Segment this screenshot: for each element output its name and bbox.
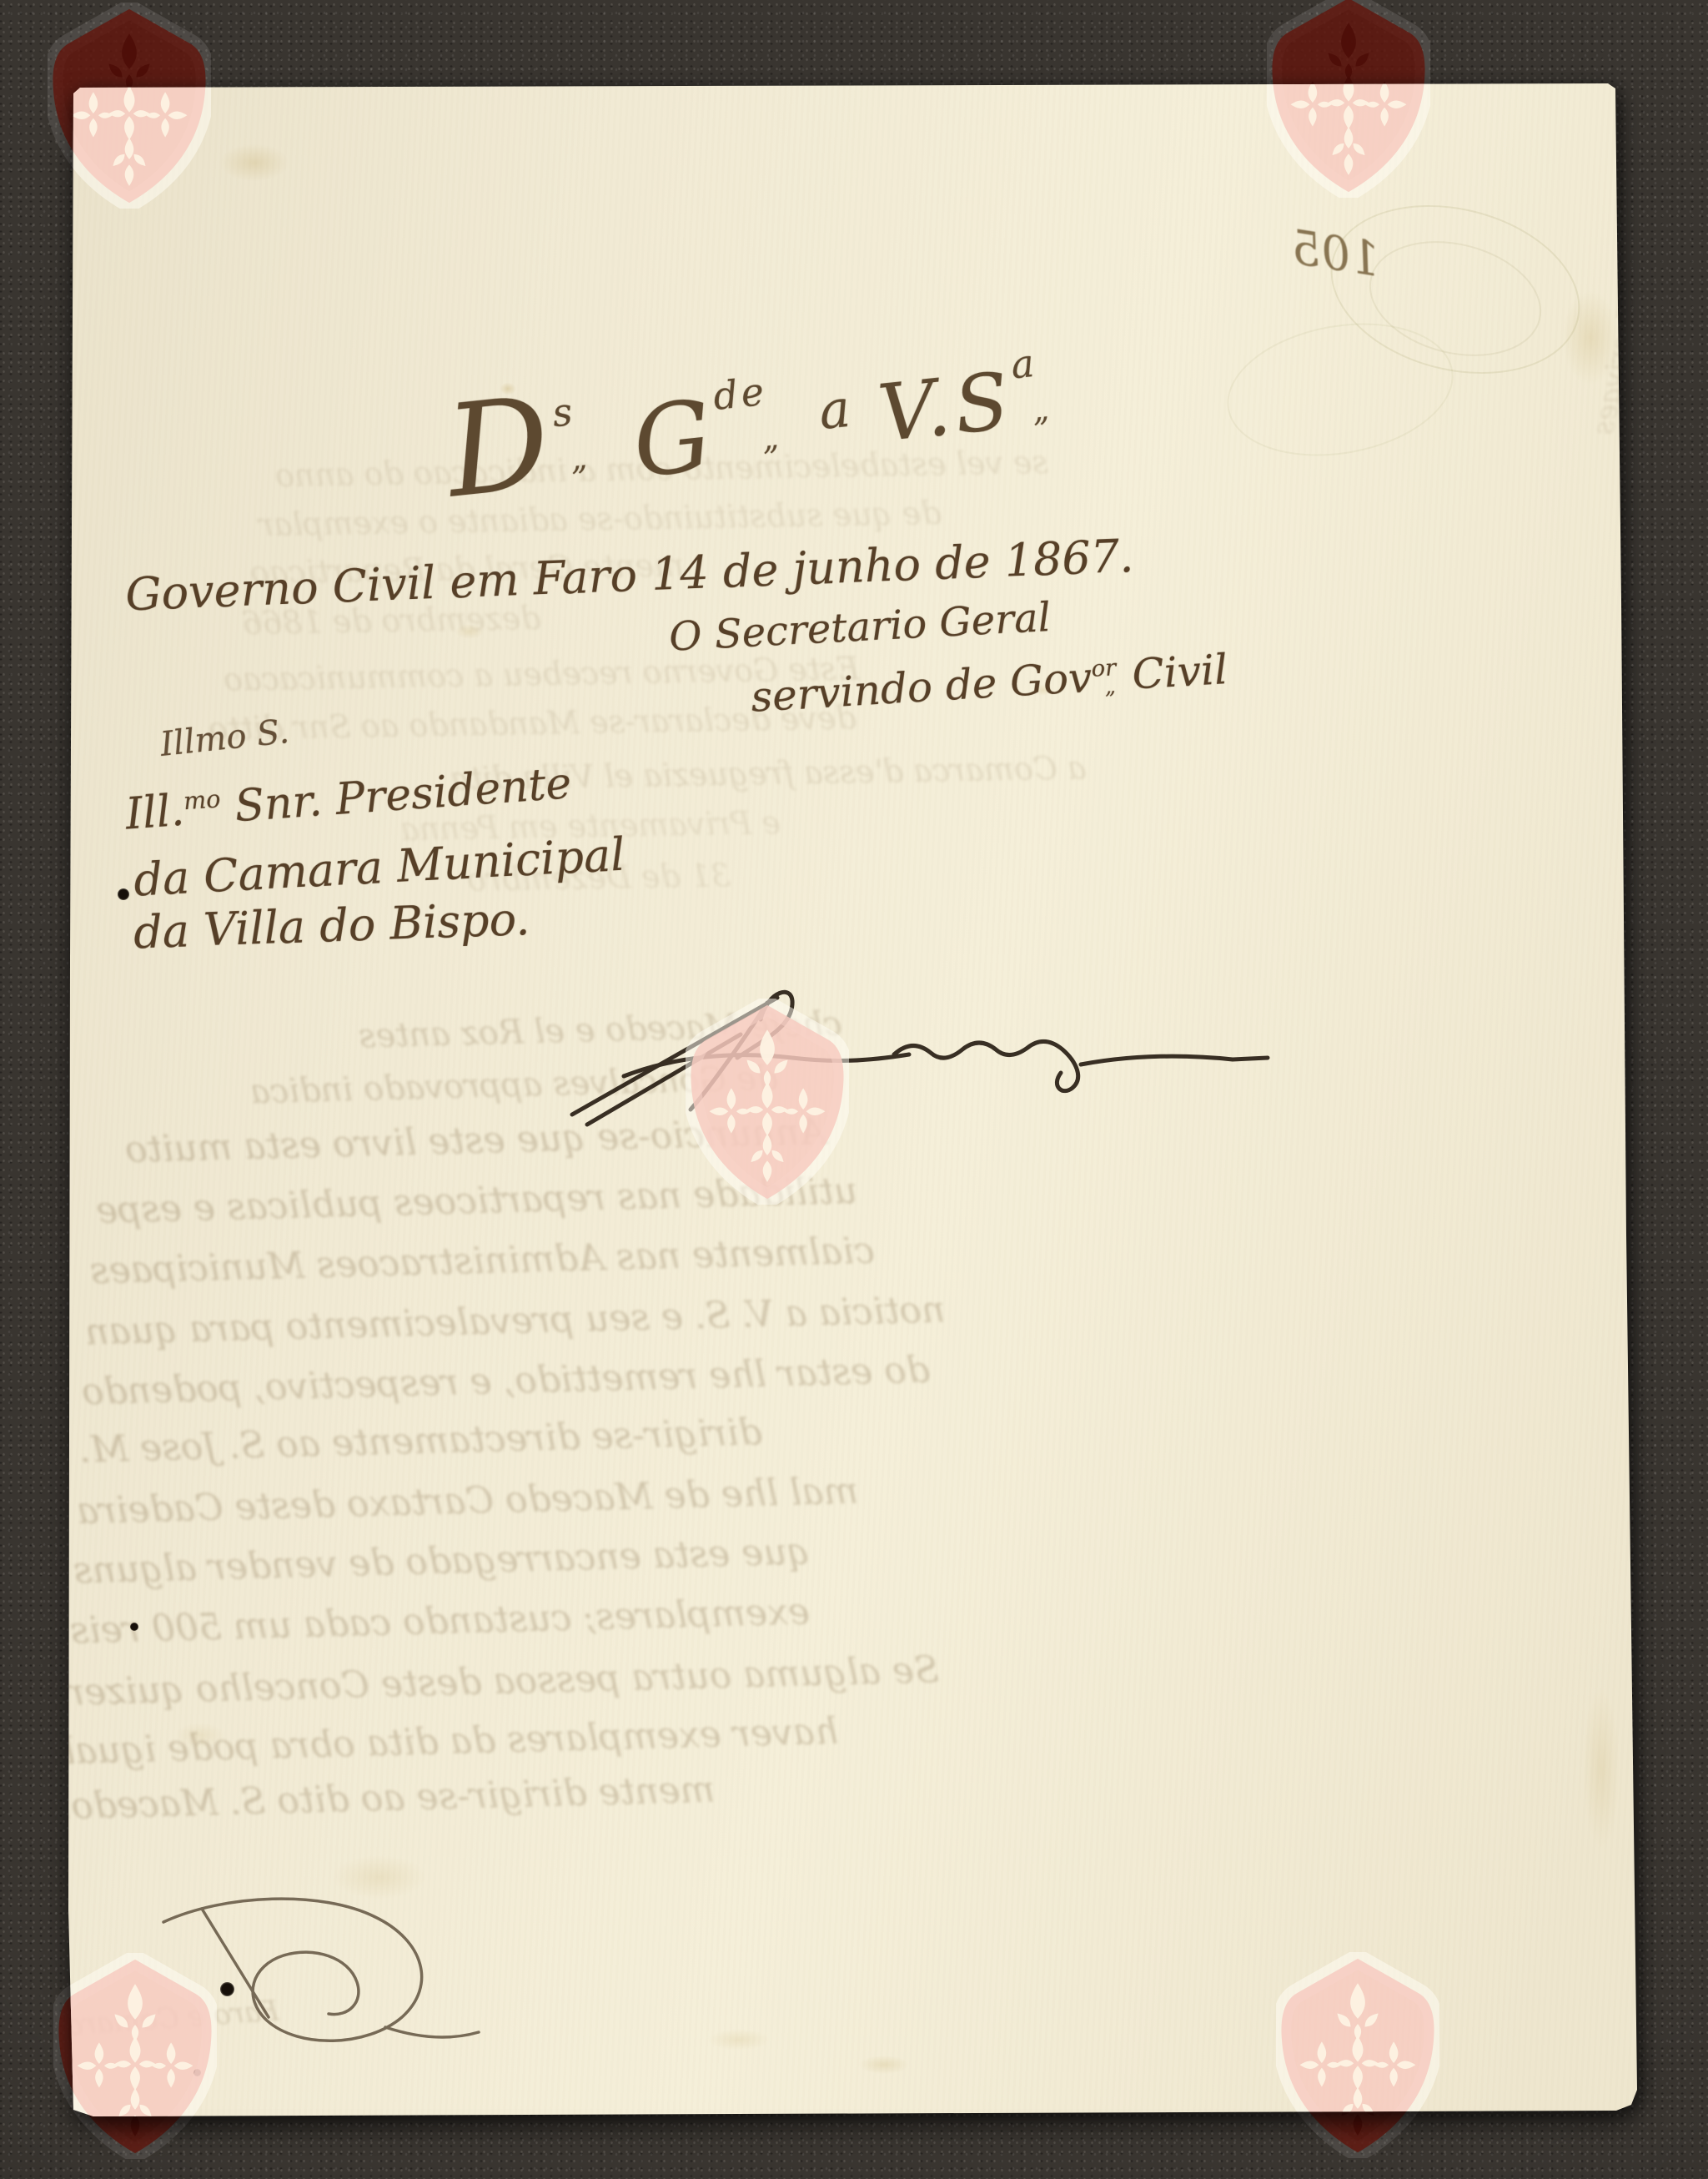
paper-shadow-wrap: se vel estabelecimento com a indicacao d… bbox=[0, 0, 1708, 2179]
monogram-part: „ bbox=[1030, 390, 1053, 429]
paper-stain bbox=[851, 2052, 917, 2077]
acting-line-text-2: Civil bbox=[1118, 645, 1229, 700]
monogram-part: a bbox=[816, 377, 856, 441]
monogram-part: V. bbox=[874, 362, 957, 460]
paper-stain bbox=[1576, 1660, 1626, 1877]
ink-dot bbox=[220, 1982, 234, 1996]
signature-flourish bbox=[517, 968, 1284, 1135]
ink-dot bbox=[130, 1623, 138, 1631]
ink-dot bbox=[118, 888, 129, 900]
paper-stain bbox=[697, 2026, 781, 2054]
acting-line-tick: „ bbox=[1104, 674, 1117, 699]
monogram-part: a bbox=[1009, 340, 1040, 388]
scan-stage: se vel estabelecimento com a indicacao d… bbox=[0, 0, 1708, 2179]
ink-dot bbox=[193, 2069, 201, 2076]
monogram-part: „ bbox=[760, 419, 783, 457]
monogram-part: de bbox=[711, 369, 770, 419]
monogram-part: „ bbox=[569, 439, 592, 477]
paper-stain bbox=[208, 138, 300, 188]
monogram-part: D bbox=[440, 368, 560, 526]
monogram-part: s bbox=[550, 389, 578, 436]
addressee-line-1-superscript: mo bbox=[183, 784, 222, 815]
addressee-line-1-text: Ill. bbox=[124, 786, 186, 840]
manuscript-paper: se vel estabelecimento com a indicacao d… bbox=[0, 0, 1708, 2179]
pen-spiral-flourish bbox=[125, 1885, 484, 2069]
monogram-part: G bbox=[628, 380, 720, 500]
monogram-part: S bbox=[950, 355, 1016, 452]
